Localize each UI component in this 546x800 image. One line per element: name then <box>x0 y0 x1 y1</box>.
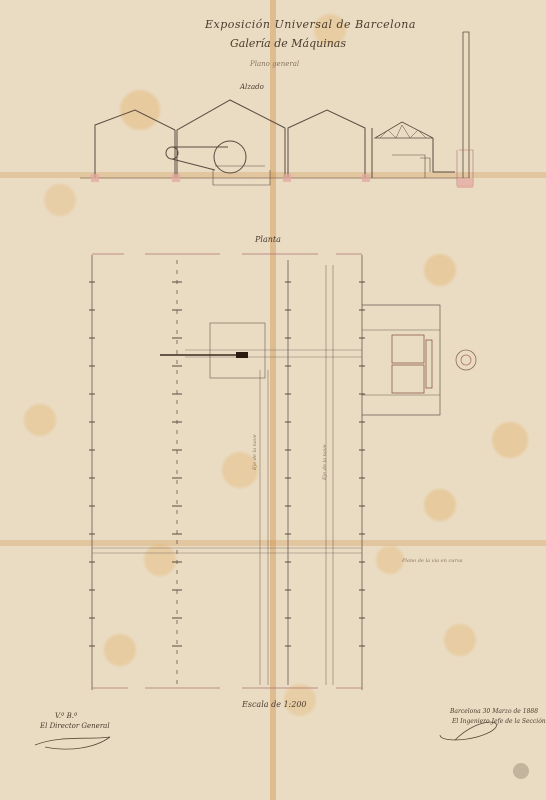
right-signatory-title: El Ingeniero Jefe de la Sección <box>452 718 546 725</box>
place-date: Barcelona 30 Marzo de 1888 <box>450 708 538 715</box>
signature-left-icon <box>0 0 546 800</box>
blueprint-sheet: Exposición Universal de Barcelona Galerí… <box>0 0 546 800</box>
archive-stamp-icon <box>513 763 529 779</box>
